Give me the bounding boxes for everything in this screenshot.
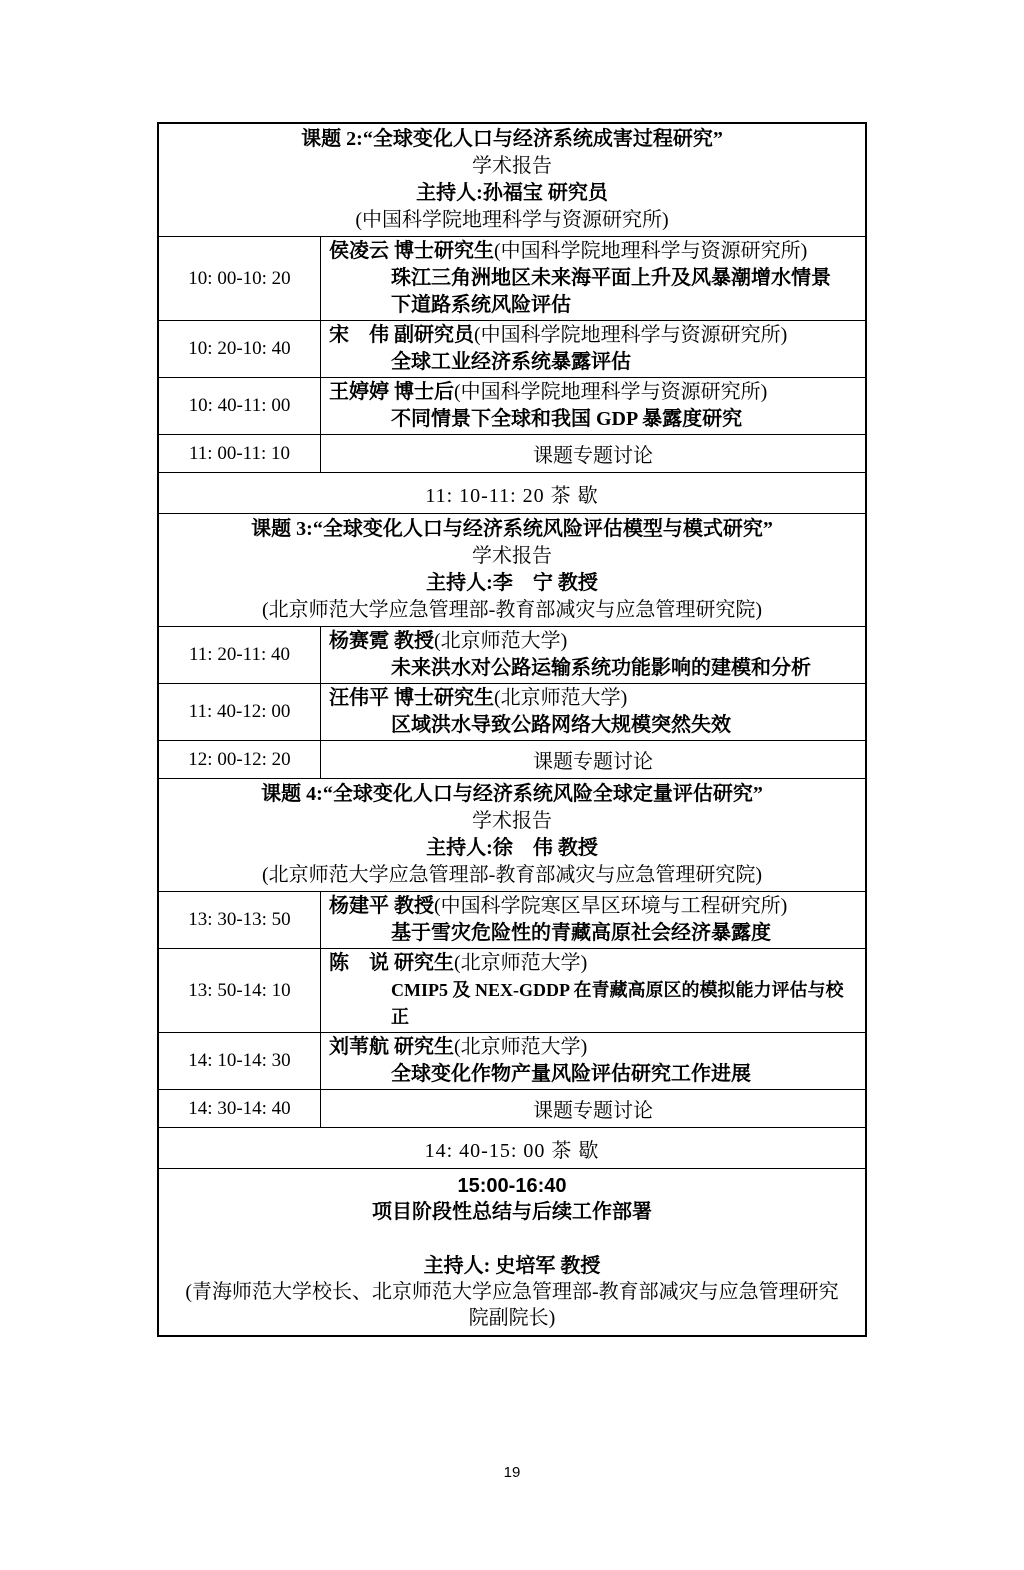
talk-cell: 陈 说 研究生(北京师范大学) CMIP5 及 NEX-GDDP 在青藏高原区的… [321, 949, 865, 1032]
speaker-name: 宋 伟 副研究员 [329, 324, 474, 346]
discussion-label: 课题专题讨论 [321, 741, 865, 778]
talk-title: 珠江三角洲地区未来海平面上升及风暴潮增水情景 下道路系统风险评估 [391, 265, 861, 319]
talk-cell: 刘苇航 研究生(北京师范大学) 全球变化作物产量风险评估研究工作进展 [321, 1033, 865, 1089]
document-page: { "document": { "page_number": "19" }, "… [0, 122, 1024, 1570]
speaker-line: 王婷婷 博士后(中国科学院地理科学与资源研究所) [329, 379, 861, 406]
talk-row: 10: 40-11: 00 王婷婷 博士后(中国科学院地理科学与资源研究所) 不… [159, 377, 865, 434]
speaker-line: 侯凌云 博士研究生(中国科学院地理科学与资源研究所) [329, 238, 861, 265]
talk-row: 13: 50-14: 10 陈 说 研究生(北京师范大学) CMIP5 及 NE… [159, 948, 865, 1032]
session-chair: 主持人:孙福宝 研究员 [416, 180, 608, 207]
talk-cell: 宋 伟 副研究员(中国科学院地理科学与资源研究所) 全球工业经济系统暴露评估 [321, 321, 865, 377]
discussion-label: 课题专题讨论 [321, 1090, 865, 1127]
speaker-affiliation: (中国科学院寒区旱区环境与工程研究所) [434, 895, 787, 917]
tea-break-row: 11: 10-11: 20 茶 歇 [159, 472, 865, 513]
speaker-affiliation: (北京师范大学) [494, 687, 627, 709]
session-chair: 主持人:李 宁 教授 [426, 570, 598, 597]
talk-cell: 王婷婷 博士后(中国科学院地理科学与资源研究所) 不同情景下全球和我国 GDP … [321, 378, 865, 434]
agenda-table: 课题 2:“全球变化人口与经济系统成害过程研究” 学术报告 主持人:孙福宝 研究… [157, 122, 867, 1337]
talk-title: 区域洪水导致公路网络大规模突然失效 [391, 712, 861, 739]
closing-session-cell: 15:00-16:40 项目阶段性总结与后续工作部署 主持人: 史培军 教授 (… [159, 1168, 865, 1335]
speaker-name: 杨建平 教授 [329, 895, 434, 917]
session-title: 课题 3:“全球变化人口与经济系统风险评估模型与模式研究” [251, 516, 773, 543]
session-header-2: 课题 2:“全球变化人口与经济系统成害过程研究” 学术报告 主持人:孙福宝 研究… [159, 124, 865, 236]
talk-cell: 杨建平 教授(中国科学院寒区旱区环境与工程研究所) 基于雪灾危险性的青藏高原社会… [321, 892, 865, 948]
session-subtitle: 学术报告 [472, 153, 552, 180]
discussion-label: 课题专题讨论 [321, 435, 865, 472]
discussion-row: 12: 00-12: 20 课题专题讨论 [159, 740, 865, 778]
talk-cell: 杨赛霓 教授(北京师范大学) 未来洪水对公路运输系统功能影响的建模和分析 [321, 627, 865, 683]
speaker-name: 杨赛霓 教授 [329, 630, 434, 652]
speaker-affiliation: (中国科学院地理科学与资源研究所) [474, 324, 787, 346]
time-cell: 13: 30-13: 50 [159, 892, 321, 948]
talk-title: 基于雪灾危险性的青藏高原社会经济暴露度 [391, 920, 861, 947]
talk-row: 10: 00-10: 20 侯凌云 博士研究生(中国科学院地理科学与资源研究所)… [159, 236, 865, 320]
closing-title: 项目阶段性总结与后续工作部署 [372, 1199, 652, 1225]
speaker-affiliation: (北京师范大学) [454, 1036, 587, 1058]
speaker-line: 杨赛霓 教授(北京师范大学) [329, 628, 861, 655]
speaker-affiliation: (中国科学院地理科学与资源研究所) [494, 240, 807, 262]
time-cell: 11: 20-11: 40 [159, 627, 321, 683]
session-title: 课题 2:“全球变化人口与经济系统成害过程研究” [301, 126, 723, 153]
session-title: 课题 4:“全球变化人口与经济系统风险全球定量评估研究” [261, 781, 763, 808]
closing-chair: 主持人: 史培军 教授 [424, 1253, 601, 1279]
session-header-3: 课题 3:“全球变化人口与经济系统风险评估模型与模式研究” 学术报告 主持人:李… [159, 513, 865, 626]
speaker-line: 宋 伟 副研究员(中国科学院地理科学与资源研究所) [329, 322, 861, 349]
session-header-4: 课题 4:“全球变化人口与经济系统风险全球定量评估研究” 学术报告 主持人:徐 … [159, 778, 865, 891]
speaker-name: 刘苇航 研究生 [329, 1036, 454, 1058]
talk-title: 全球工业经济系统暴露评估 [391, 349, 861, 376]
time-cell: 11: 40-12: 00 [159, 684, 321, 740]
speaker-name: 侯凌云 博士研究生 [329, 240, 494, 262]
session-subtitle: 学术报告 [472, 543, 552, 570]
speaker-line: 刘苇航 研究生(北京师范大学) [329, 1034, 861, 1061]
time-cell: 13: 50-14: 10 [159, 949, 321, 1032]
session-affiliation: (中国科学院地理科学与资源研究所) [355, 207, 668, 234]
talk-row: 13: 30-13: 50 杨建平 教授(中国科学院寒区旱区环境与工程研究所) … [159, 891, 865, 948]
time-cell: 10: 20-10: 40 [159, 321, 321, 377]
talk-row: 11: 40-12: 00 汪伟平 博士研究生(北京师范大学) 区域洪水导致公路… [159, 683, 865, 740]
time-cell: 11: 00-11: 10 [159, 435, 321, 472]
time-cell: 14: 10-14: 30 [159, 1033, 321, 1089]
closing-time-range: 15:00-16:40 [458, 1173, 567, 1199]
time-cell: 12: 00-12: 20 [159, 741, 321, 778]
talk-cell: 汪伟平 博士研究生(北京师范大学) 区域洪水导致公路网络大规模突然失效 [321, 684, 865, 740]
discussion-row: 14: 30-14: 40 课题专题讨论 [159, 1089, 865, 1127]
talk-row: 14: 10-14: 30 刘苇航 研究生(北京师范大学) 全球变化作物产量风险… [159, 1032, 865, 1089]
talk-cell: 侯凌云 博士研究生(中国科学院地理科学与资源研究所) 珠江三角洲地区未来海平面上… [321, 237, 865, 320]
talk-row: 10: 20-10: 40 宋 伟 副研究员(中国科学院地理科学与资源研究所) … [159, 320, 865, 377]
talk-title: 不同情景下全球和我国 GDP 暴露度研究 [391, 406, 861, 433]
discussion-row: 11: 00-11: 10 课题专题讨论 [159, 434, 865, 472]
session-subtitle: 学术报告 [472, 808, 552, 835]
page-number: 19 [0, 1464, 1024, 1481]
closing-affiliation: (青海师范大学校长、北京师范大学应急管理部-教育部减灾与应急管理研究 院副院长) [185, 1279, 838, 1331]
session-affiliation: (北京师范大学应急管理部-教育部减灾与应急管理研究院) [262, 597, 762, 624]
speaker-affiliation: (中国科学院地理科学与资源研究所) [454, 381, 767, 403]
speaker-name: 陈 说 研究生 [329, 952, 454, 974]
session-chair: 主持人:徐 伟 教授 [426, 835, 598, 862]
time-cell: 14: 30-14: 40 [159, 1090, 321, 1127]
time-cell: 10: 00-10: 20 [159, 237, 321, 320]
time-cell: 10: 40-11: 00 [159, 378, 321, 434]
speaker-name: 王婷婷 博士后 [329, 381, 454, 403]
tea-break-row: 14: 40-15: 00 茶 歇 [159, 1127, 865, 1168]
speaker-affiliation: (北京师范大学) [434, 630, 567, 652]
talk-title: 未来洪水对公路运输系统功能影响的建模和分析 [391, 655, 861, 682]
speaker-name: 汪伟平 博士研究生 [329, 687, 494, 709]
speaker-line: 汪伟平 博士研究生(北京师范大学) [329, 685, 861, 712]
talk-title: 全球变化作物产量风险评估研究工作进展 [391, 1061, 861, 1088]
speaker-affiliation: (北京师范大学) [454, 952, 587, 974]
talk-title: CMIP5 及 NEX-GDDP 在青藏高原区的模拟能力评估与校正 [391, 977, 861, 1031]
session-affiliation: (北京师范大学应急管理部-教育部减灾与应急管理研究院) [262, 862, 762, 889]
talk-row: 11: 20-11: 40 杨赛霓 教授(北京师范大学) 未来洪水对公路运输系统… [159, 626, 865, 683]
speaker-line: 陈 说 研究生(北京师范大学) [329, 950, 861, 977]
speaker-line: 杨建平 教授(中国科学院寒区旱区环境与工程研究所) [329, 893, 861, 920]
